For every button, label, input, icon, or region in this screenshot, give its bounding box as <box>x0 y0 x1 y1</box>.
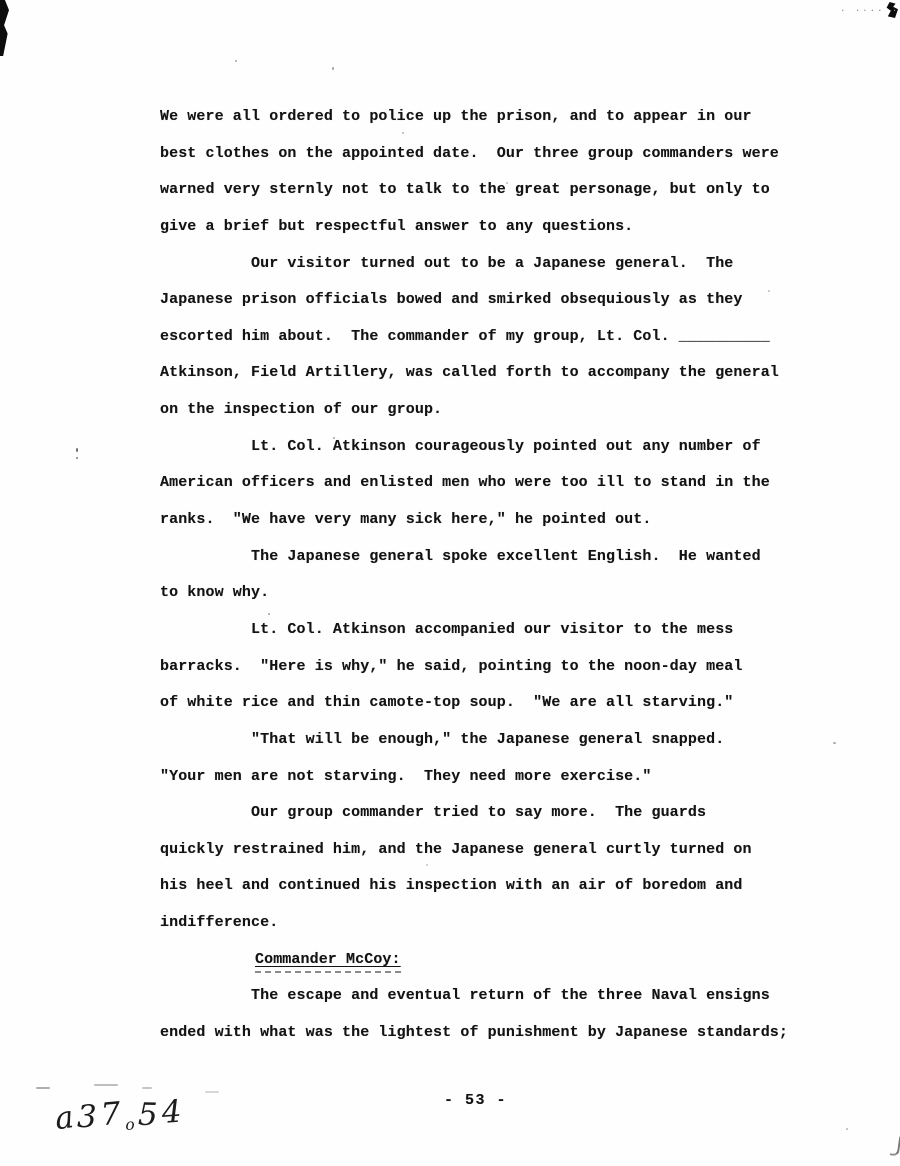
text-line: barracks. "Here is why," he said, pointi… <box>160 649 840 686</box>
text-line: Our group commander tried to say more. T… <box>160 795 840 832</box>
section-heading: Commander McCoy: <box>255 942 840 979</box>
handwritten-character: 5 <box>138 1097 162 1133</box>
scan-artifact-dash <box>36 1087 50 1089</box>
scan-speck <box>268 613 270 615</box>
text-line: Lt. Col. Atkinson courageously pointed o… <box>160 429 840 466</box>
scan-speck <box>506 182 508 184</box>
text-line: Our visitor turned out to be a Japanese … <box>160 246 840 283</box>
text-line: "Your men are not starving. They need mo… <box>160 759 840 796</box>
text-line: indifference. <box>160 905 840 942</box>
scan-artifact-dash <box>205 1091 219 1093</box>
text-line: ended with what was the lightest of puni… <box>160 1015 840 1052</box>
scan-artifact-dash <box>94 1084 118 1086</box>
scan-speck <box>426 864 428 866</box>
text-line: "That will be enough," the Japanese gene… <box>160 722 840 759</box>
handwritten-character: 4 <box>161 1093 187 1131</box>
scan-speck <box>833 742 836 744</box>
text-line: Lt. Col. Atkinson accompanied our visito… <box>160 612 840 649</box>
text-line: The Japanese general spoke excellent Eng… <box>160 539 840 576</box>
handwritten-note: a37o54 <box>54 1096 186 1137</box>
text-line: best clothes on the appointed date. Our … <box>160 136 840 173</box>
text-line: We were all ordered to police up the pri… <box>160 99 840 136</box>
text-line: warned very sternly not to talk to the g… <box>160 172 840 209</box>
scan-speck <box>76 457 78 459</box>
scan-speck <box>235 60 237 62</box>
text-line: The escape and eventual return of the th… <box>160 978 840 1015</box>
text-line: American officers and enlisted men who w… <box>160 465 840 502</box>
handwritten-character: 7 <box>100 1095 127 1133</box>
handwritten-character: 3 <box>78 1099 102 1135</box>
handwritten-character: a <box>53 1099 80 1138</box>
scan-artifact-dash <box>142 1087 152 1089</box>
text-line: on the inspection of our group. <box>160 392 840 429</box>
text-line: give a brief but respectful answer to an… <box>160 209 840 246</box>
text-line: quickly restrained him, and the Japanese… <box>160 832 840 869</box>
section-heading-text: Commander McCoy: <box>255 951 401 973</box>
scan-speck <box>333 437 335 439</box>
scan-artifact-bottom-right-squiggle <box>890 1135 900 1156</box>
scan-speck <box>332 67 334 70</box>
scan-speck <box>846 1128 848 1130</box>
page-number: - 53 - <box>444 1092 507 1109</box>
text-line: to know why. <box>160 575 840 612</box>
text-line: of white rice and thin camote-top soup. … <box>160 685 840 722</box>
text-line: his heel and continued his inspection wi… <box>160 868 840 905</box>
text-line: Atkinson, Field Artillery, was called fo… <box>160 355 840 392</box>
scan-speck <box>76 448 78 452</box>
scan-speck <box>402 132 404 134</box>
text-line: ranks. "We have very many sick here," he… <box>160 502 840 539</box>
document-lines: We were all ordered to police up the pri… <box>160 99 840 1052</box>
scan-artifact-top-left-mark <box>0 0 9 56</box>
text-line: escorted him about. The commander of my … <box>160 319 840 356</box>
scan-artifact-top-right-dots: . .... . . <box>840 4 900 14</box>
scan-speck <box>768 290 770 292</box>
text-line: Japanese prison officials bowed and smir… <box>160 282 840 319</box>
scanned-document-page: We were all ordered to police up the pri… <box>0 0 900 1166</box>
